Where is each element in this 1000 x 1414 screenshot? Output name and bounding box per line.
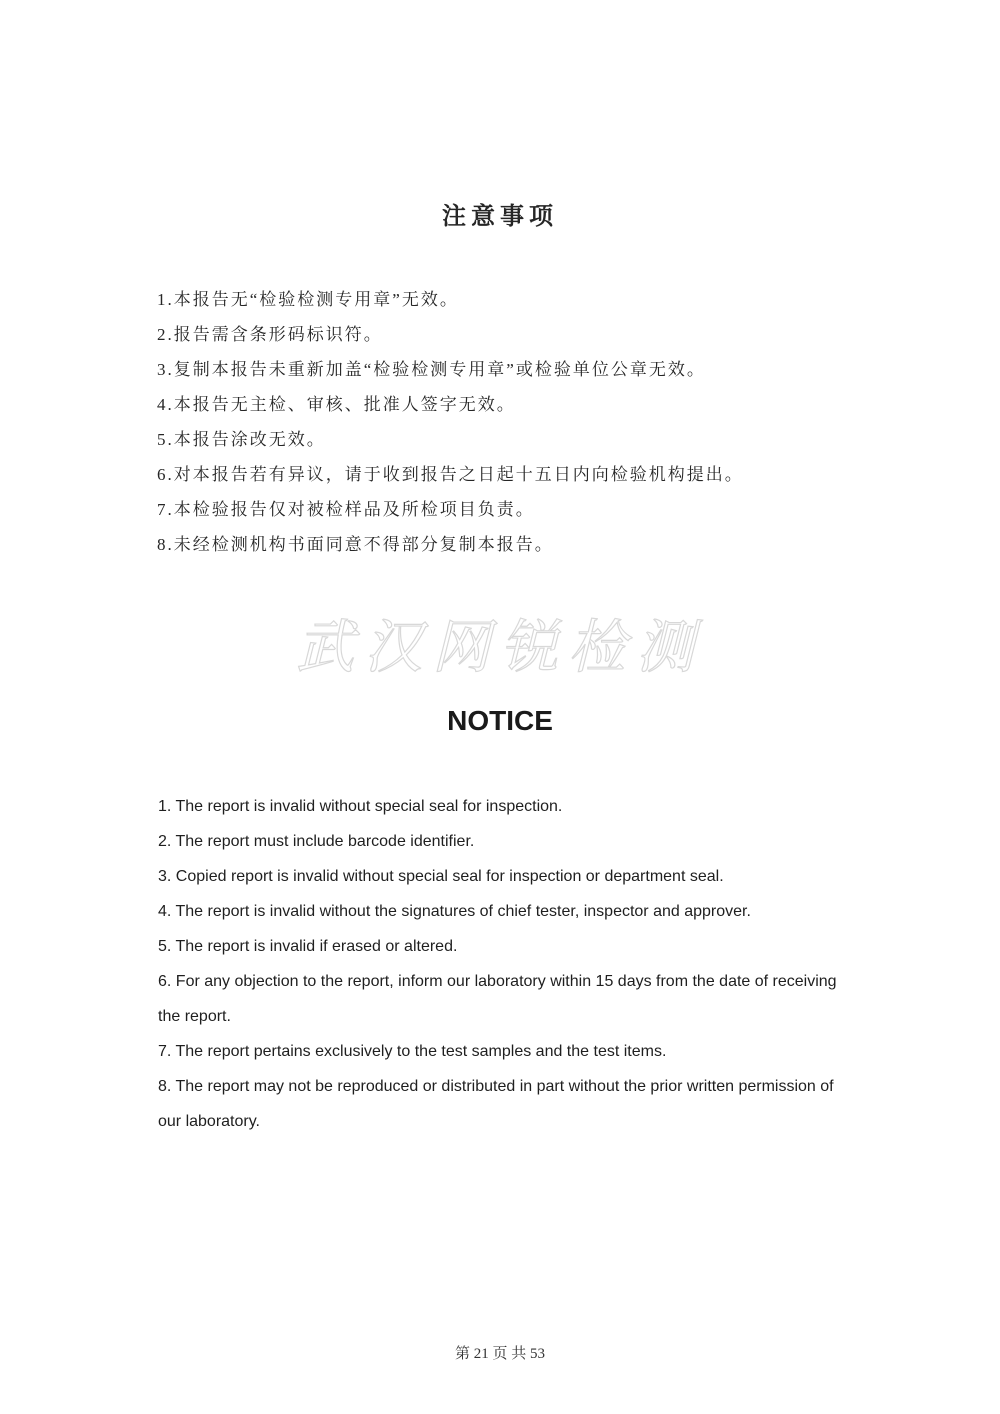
company-watermark: 武汉网锐检测 <box>0 612 1000 684</box>
cn-notice-item-1: 1.本报告无“检验检测专用章”无效。 <box>157 282 877 317</box>
page-title-chinese: 注意事项 <box>0 196 1000 231</box>
en-notice-item-6: 6. For any objection to the report, info… <box>158 964 858 1034</box>
cn-notice-item-6: 6.对本报告若有异议，请于收到报告之日起十五日内向检验机构提出。 <box>157 457 877 492</box>
cn-notice-item-3: 3.复制本报告未重新加盖“检验检测专用章”或检验单位公章无效。 <box>157 352 877 387</box>
chinese-notice-list: 1.本报告无“检验检测专用章”无效。 2.报告需含条形码标识符。 3.复制本报告… <box>157 282 877 562</box>
en-notice-item-7: 7. The report pertains exclusively to th… <box>158 1034 858 1069</box>
en-notice-item-4: 4. The report is invalid without the sig… <box>158 894 858 929</box>
page-number: 第 21 页 共 53 <box>0 1344 1000 1364</box>
en-notice-item-3: 3. Copied report is invalid without spec… <box>158 859 858 894</box>
cn-notice-item-5: 5.本报告涂改无效。 <box>157 422 877 457</box>
en-notice-item-5: 5. The report is invalid if erased or al… <box>158 929 858 964</box>
report-notice-page: 注意事项 1.本报告无“检验检测专用章”无效。 2.报告需含条形码标识符。 3.… <box>0 0 1000 1414</box>
english-notice-list: 1. The report is invalid without special… <box>158 789 858 1139</box>
cn-notice-item-2: 2.报告需含条形码标识符。 <box>157 317 877 352</box>
cn-notice-item-8: 8.未经检测机构书面同意不得部分复制本报告。 <box>157 527 877 562</box>
en-notice-item-8: 8. The report may not be reproduced or d… <box>158 1069 858 1139</box>
page-title-english: NOTICE <box>0 704 1000 738</box>
en-notice-item-2: 2. The report must include barcode ident… <box>158 824 858 859</box>
en-notice-item-1: 1. The report is invalid without special… <box>158 789 858 824</box>
cn-notice-item-4: 4.本报告无主检、审核、批准人签字无效。 <box>157 387 877 422</box>
cn-notice-item-7: 7.本检验报告仅对被检样品及所检项目负责。 <box>157 492 877 527</box>
